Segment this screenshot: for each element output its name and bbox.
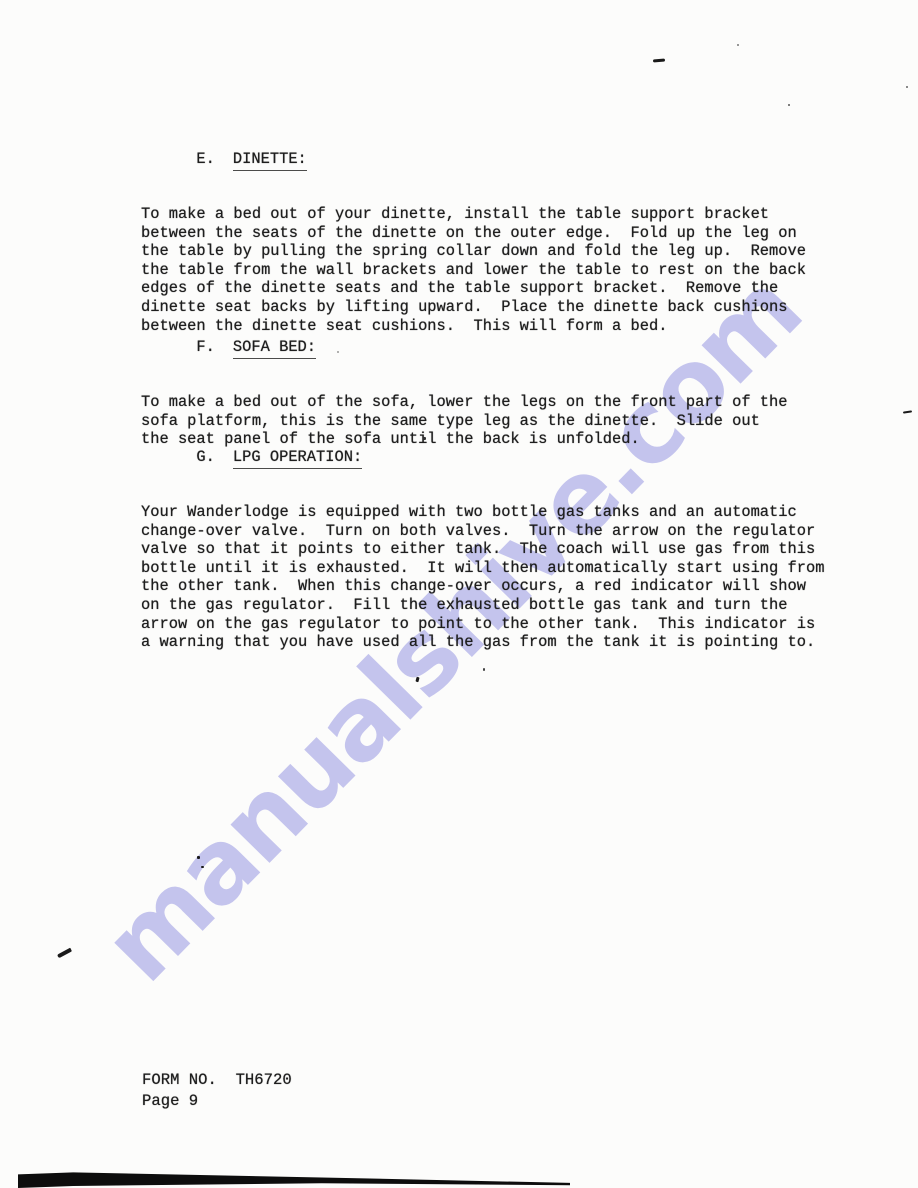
scan-speck <box>906 86 908 88</box>
text-line: To make a bed out of your dinette, insta… <box>141 205 806 224</box>
section-title: LPG OPERATION: <box>233 448 362 469</box>
text-line: To make a bed out of the sofa, lower the… <box>141 393 788 412</box>
text-line: arrow on the gas regulator to point to t… <box>141 615 824 634</box>
section-lpg-operation: G.LPG OPERATION: Your Wanderlodge is equ… <box>141 429 824 652</box>
scan-black-bar <box>18 1171 570 1188</box>
paragraph-lpg-operation: Your Wanderlodge is equipped with two bo… <box>141 503 824 652</box>
page-footer: FORM NO. TH6720 Page 9 <box>142 1070 292 1112</box>
section-letter: F. <box>196 338 214 356</box>
scan-speck <box>57 948 72 959</box>
scan-speck <box>483 668 485 671</box>
text-line: on the gas regulator. Fill the exhausted… <box>141 596 824 615</box>
scan-speck <box>197 856 200 859</box>
section-dinette: E.DINETTE: To make a bed out of your din… <box>141 131 806 335</box>
scan-speck <box>903 410 912 413</box>
scan-speck <box>201 866 204 868</box>
text-line: bottle until it is exhausted. It will th… <box>141 559 824 578</box>
page-number: Page 9 <box>142 1091 292 1112</box>
text-line: dinette seat backs by lifting upward. Pl… <box>141 298 806 317</box>
section-heading: G.LPG OPERATION: <box>141 429 824 486</box>
section-title: SOFA BED: <box>233 338 316 359</box>
text-line: a warning that you have used all the gas… <box>141 633 824 652</box>
section-heading: F.SOFA BED: <box>141 319 788 376</box>
section-heading: E.DINETTE: <box>141 131 806 188</box>
text-line: sofa platform, this is the same type leg… <box>141 412 788 431</box>
scan-speck <box>423 437 426 440</box>
text-line: the other tank. When this change-over oc… <box>141 577 824 596</box>
manual-page: manualshive.com E.DINETTE: To make a bed… <box>0 0 918 1188</box>
paragraph-dinette: To make a bed out of your dinette, insta… <box>141 205 806 335</box>
section-letter: G. <box>196 448 214 466</box>
text-line: between the seats of the dinette on the … <box>141 224 806 243</box>
form-number: FORM NO. TH6720 <box>142 1070 292 1091</box>
text-line: change-over valve. Turn on both valves. … <box>141 522 824 541</box>
text-line: the table by pulling the spring collar d… <box>141 242 806 261</box>
scan-speck <box>737 44 739 46</box>
text-line: valve so that it points to either tank. … <box>141 540 824 559</box>
text-line: edges of the dinette seats and the table… <box>141 279 806 298</box>
section-title: DINETTE: <box>233 150 307 171</box>
text-line: the table from the wall brackets and low… <box>141 261 806 280</box>
text-line: Your Wanderlodge is equipped with two bo… <box>141 503 824 522</box>
scan-speck <box>337 351 339 353</box>
section-letter: E. <box>196 150 214 168</box>
scan-speck <box>653 58 665 62</box>
scan-speck <box>788 104 790 106</box>
scan-speck <box>563 419 565 421</box>
